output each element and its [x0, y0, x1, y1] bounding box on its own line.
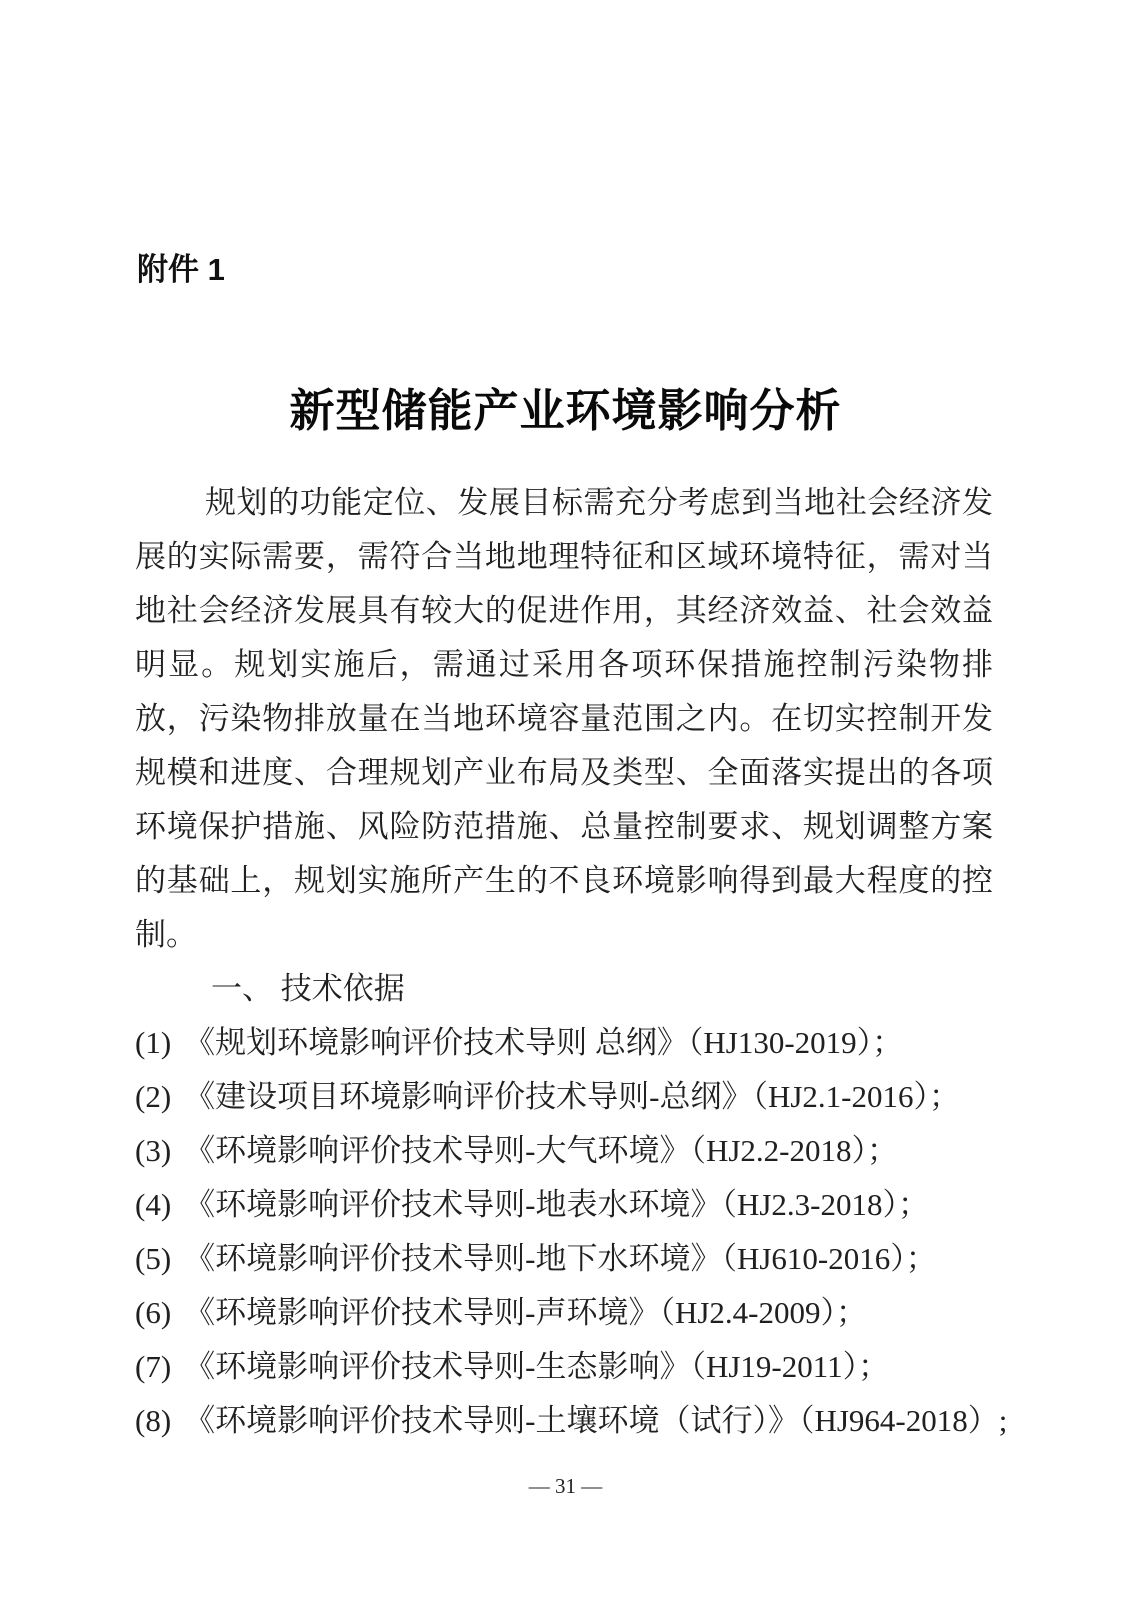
- reference-item: (4)《环境影响评价技术导则-地表水环境》（HJ2.3-2018）；: [135, 1178, 993, 1232]
- reference-number: (5): [135, 1232, 171, 1286]
- reference-list: (1)《规划环境影响评价技术导则 总纲》（HJ130-2019）； (2)《建设…: [135, 1016, 993, 1448]
- reference-item: (3)《环境影响评价技术导则-大气环境》（HJ2.2-2018）；: [135, 1124, 993, 1178]
- reference-item: (1)《规划环境影响评价技术导则 总纲》（HJ130-2019）；: [135, 1016, 993, 1070]
- reference-number: (2): [135, 1070, 171, 1124]
- reference-text: 《环境影响评价技术导则-地下水环境》（HJ610-2016）；: [184, 1241, 937, 1276]
- reference-number: (3): [135, 1124, 171, 1178]
- reference-number: (8): [135, 1394, 171, 1448]
- reference-text: 《环境影响评价技术导则-地表水环境》（HJ2.3-2018）；: [184, 1187, 929, 1222]
- reference-text: 《环境影响评价技术导则-土壤环境（试行）》（HJ964-2018）;: [184, 1403, 1007, 1438]
- reference-text: 《建设项目环境影响评价技术导则-总纲》（HJ2.1-2016）；: [184, 1079, 960, 1114]
- reference-text: 《环境影响评价技术导则-大气环境》（HJ2.2-2018）；: [184, 1133, 898, 1168]
- reference-item: (6)《环境影响评价技术导则-声环境》（HJ2.4-2009）；: [135, 1286, 993, 1340]
- reference-number: (4): [135, 1178, 171, 1232]
- document-body: 规划的功能定位、发展目标需充分考虑到当地社会经济发展的实际需要，需符合当地地理特…: [135, 476, 993, 1448]
- page-number: — 31 —: [0, 1472, 1131, 1500]
- reference-number: (7): [135, 1340, 171, 1394]
- reference-item: (7)《环境影响评价技术导则-生态影响》（HJ19-2011）；: [135, 1340, 993, 1394]
- document-title: 新型储能产业环境影响分析: [0, 382, 1131, 440]
- reference-text: 《规划环境影响评价技术导则 总纲》（HJ130-2019）；: [184, 1025, 903, 1060]
- document-page: 附件 1 新型储能产业环境影响分析 规划的功能定位、发展目标需充分考虑到当地社会…: [0, 0, 1131, 1600]
- reference-number: (1): [135, 1016, 171, 1070]
- reference-text: 《环境影响评价技术导则-声环境》（HJ2.4-2009）；: [184, 1295, 867, 1330]
- reference-item: (8)《环境影响评价技术导则-土壤环境（试行）》（HJ964-2018）;: [135, 1394, 993, 1448]
- reference-number: (6): [135, 1286, 171, 1340]
- reference-text: 《环境影响评价技术导则-生态影响》（HJ19-2011）；: [184, 1349, 889, 1384]
- section-heading-technical-basis: 一、 技术依据: [135, 962, 993, 1016]
- reference-item: (2)《建设项目环境影响评价技术导则-总纲》（HJ2.1-2016）；: [135, 1070, 993, 1124]
- intro-paragraph: 规划的功能定位、发展目标需充分考虑到当地社会经济发展的实际需要，需符合当地地理特…: [135, 476, 993, 962]
- reference-item: (5)《环境影响评价技术导则-地下水环境》（HJ610-2016）；: [135, 1232, 993, 1286]
- attachment-label: 附件 1: [137, 250, 225, 290]
